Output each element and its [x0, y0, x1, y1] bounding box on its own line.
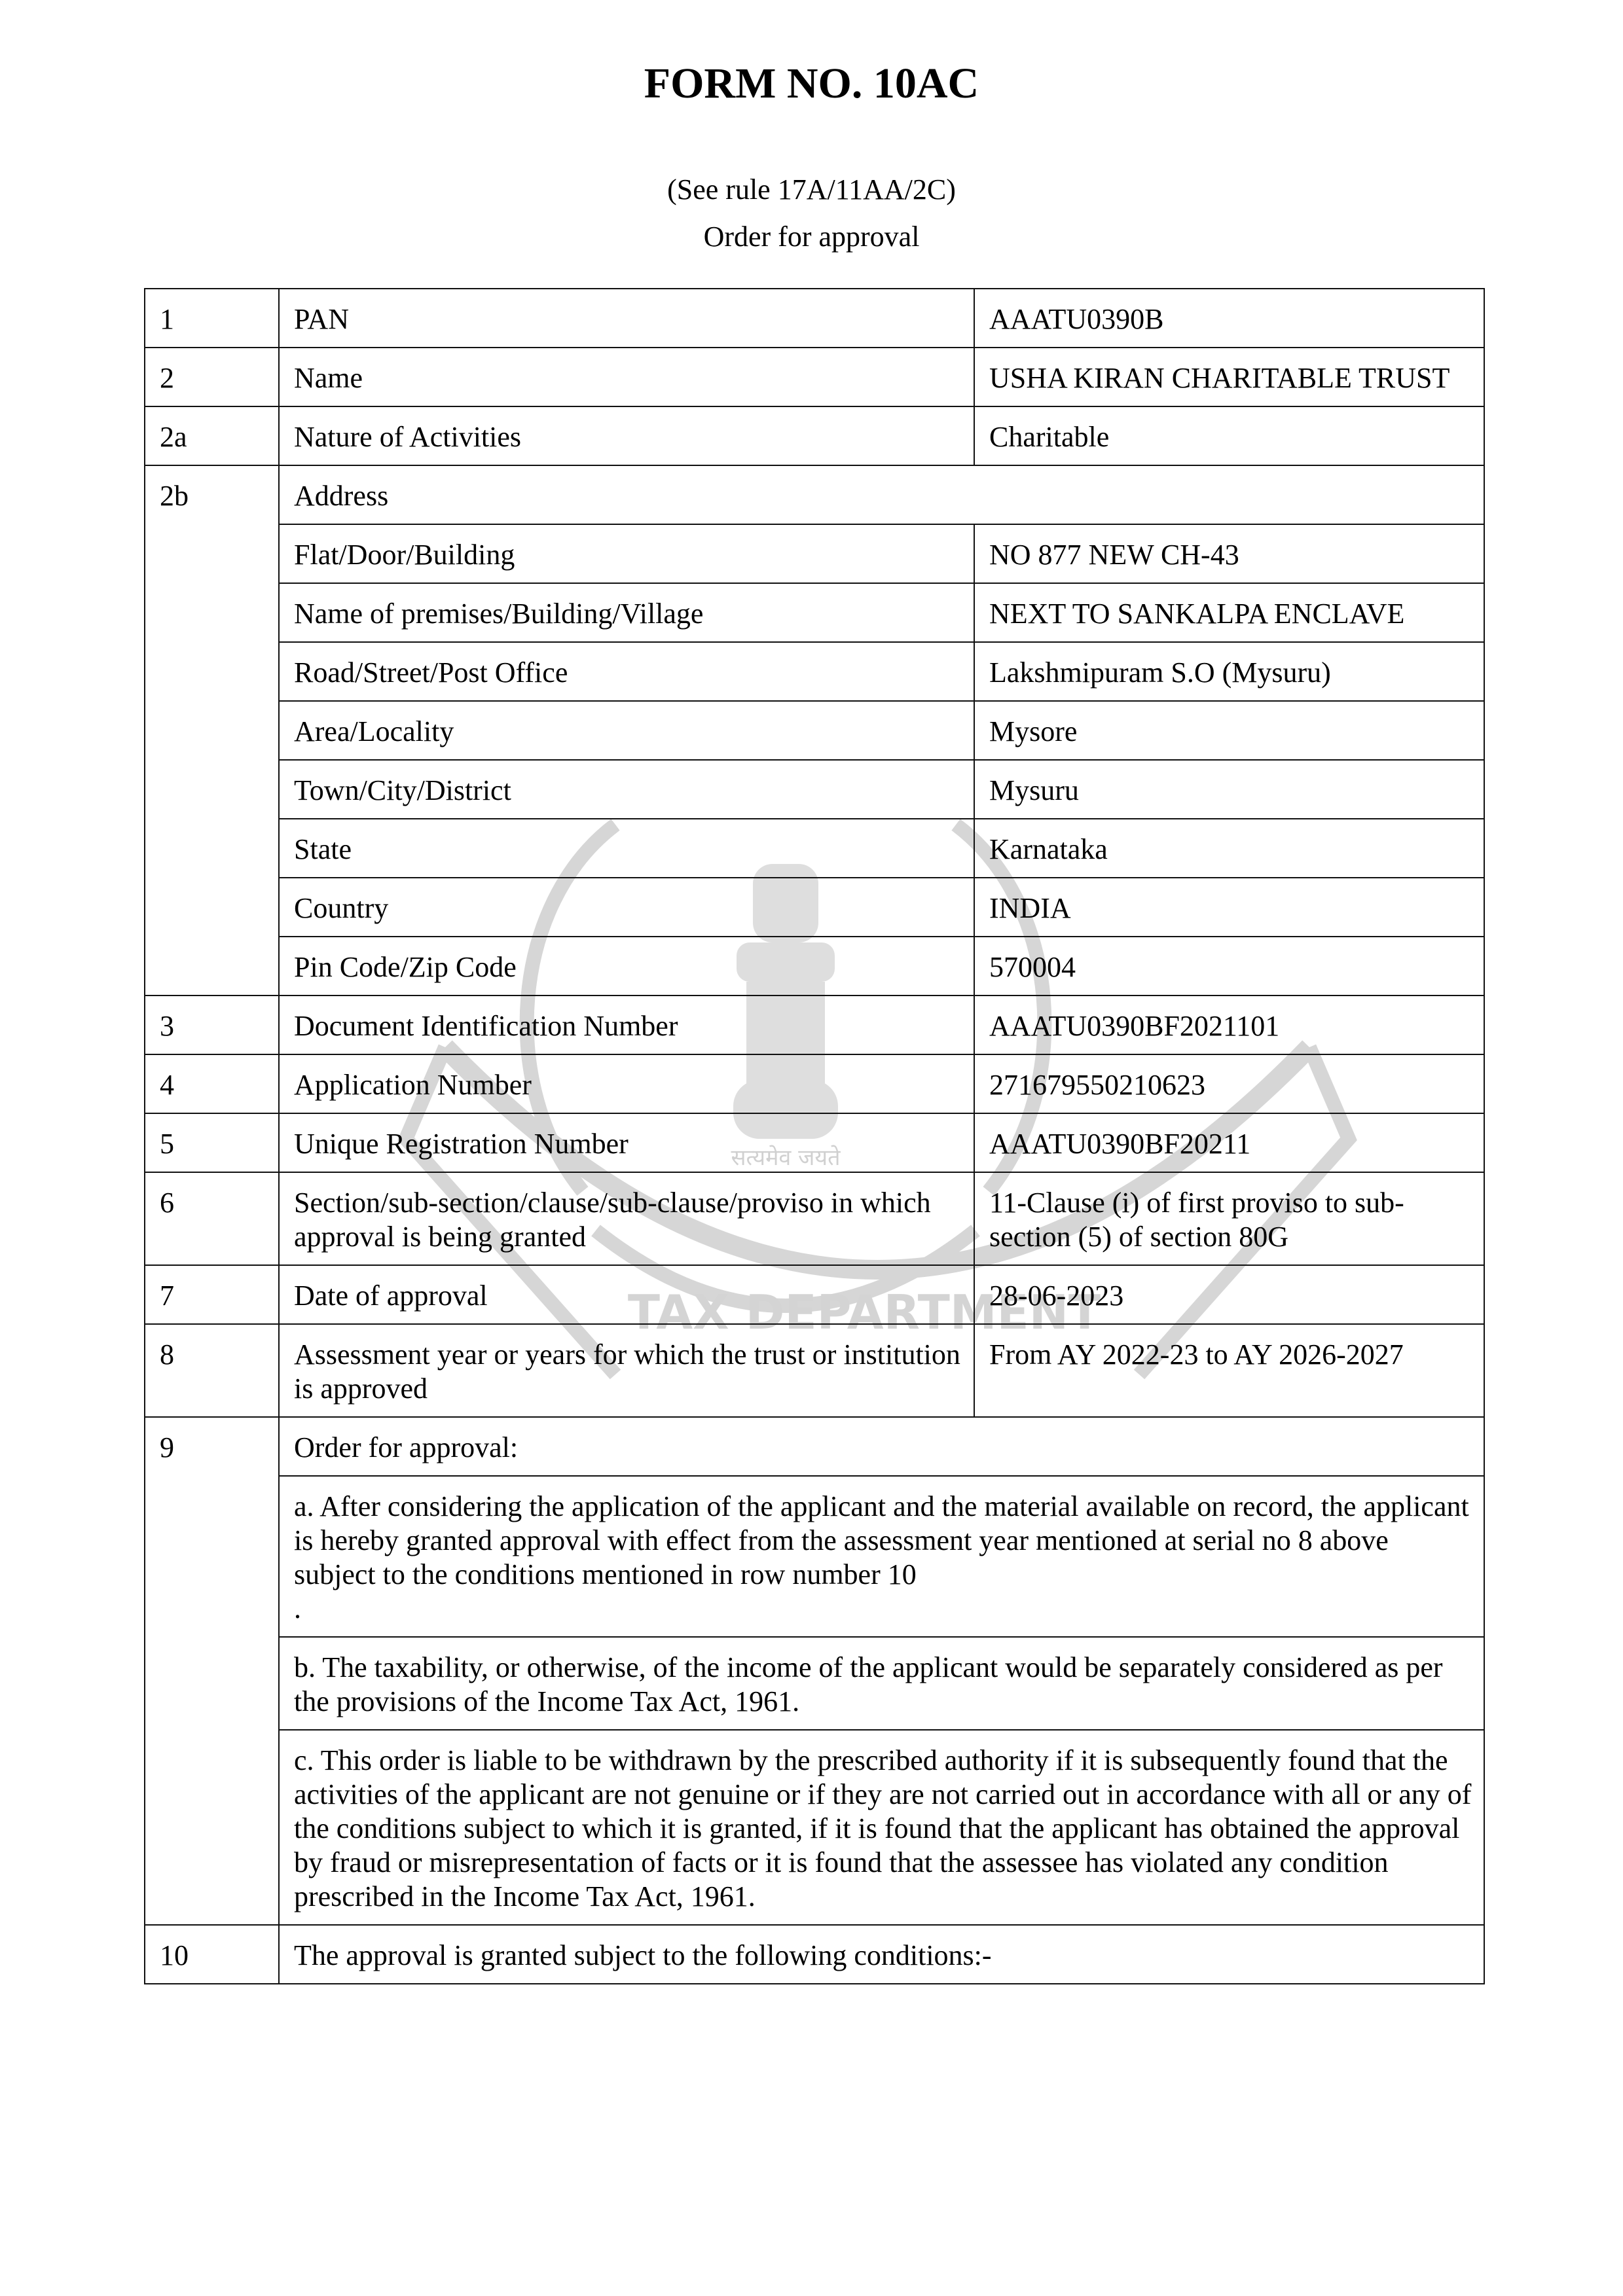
serial-number: 4: [145, 1054, 279, 1113]
table-row-date-of-approval: 7 Date of approval 28-06-2023: [145, 1265, 1484, 1324]
order-paragraph-a: a. After considering the application of …: [279, 1476, 1484, 1637]
field-label: PAN: [279, 289, 974, 348]
serial-number: 8: [145, 1324, 279, 1417]
table-row-order-for-approval: 9 Order for approval:: [145, 1417, 1484, 1476]
serial-number: 2b: [145, 465, 279, 996]
approval-order-table: 1 PAN AAATU0390B 2 Name USHA KIRAN CHARI…: [144, 288, 1485, 1984]
table-row-pan: 1 PAN AAATU0390B: [145, 289, 1484, 348]
address-field-value: INDIA: [974, 878, 1484, 937]
field-label: Name: [279, 348, 974, 406]
application-number-value: 271679550210623: [974, 1054, 1484, 1113]
table-row-name: 2 Name USHA KIRAN CHARITABLE TRUST: [145, 348, 1484, 406]
address-field-label: State: [279, 819, 974, 878]
serial-number: 2a: [145, 406, 279, 465]
form-title: FORM NO. 10AC: [0, 62, 1623, 105]
serial-number: 6: [145, 1172, 279, 1265]
serial-number: 7: [145, 1265, 279, 1324]
address-field-label: Town/City/District: [279, 760, 974, 819]
address-field-label: Name of premises/Building/Village: [279, 583, 974, 642]
order-paragraph-a-text: a. After considering the application of …: [294, 1490, 1469, 1590]
field-label: Application Number: [279, 1054, 974, 1113]
address-field-value: Lakshmipuram S.O (Mysuru): [974, 642, 1484, 701]
date-value: 28-06-2023: [974, 1265, 1484, 1324]
urn-value: AAATU0390BF20211: [974, 1113, 1484, 1172]
address-row-area: Area/Locality Mysore: [145, 701, 1484, 760]
order-paragraph-c: c. This order is liable to be withdrawn …: [279, 1730, 1484, 1925]
table-row-address: 2b Address: [145, 465, 1484, 524]
serial-number: 9: [145, 1417, 279, 1925]
address-field-label: Area/Locality: [279, 701, 974, 760]
field-label: The approval is granted subject to the f…: [279, 1925, 1484, 1984]
form-subtitle: Order for approval: [0, 223, 1623, 251]
field-label: Section/sub-section/clause/sub-clause/pr…: [279, 1172, 974, 1265]
table-row-application-number: 4 Application Number 271679550210623: [145, 1054, 1484, 1113]
address-field-value: NEXT TO SANKALPA ENCLAVE: [974, 583, 1484, 642]
table-row-assessment-years: 8 Assessment year or years for which the…: [145, 1324, 1484, 1417]
address-row-premises: Name of premises/Building/Village NEXT T…: [145, 583, 1484, 642]
field-label: Address: [279, 465, 1484, 524]
address-row-state: State Karnataka: [145, 819, 1484, 878]
address-field-label: Pin Code/Zip Code: [279, 937, 974, 996]
address-row-pincode: Pin Code/Zip Code 570004: [145, 937, 1484, 996]
address-row-road: Road/Street/Post Office Lakshmipuram S.O…: [145, 642, 1484, 701]
address-field-label: Flat/Door/Building: [279, 524, 974, 583]
table-row-section: 6 Section/sub-section/clause/sub-clause/…: [145, 1172, 1484, 1265]
address-field-label: Country: [279, 878, 974, 937]
address-row-country: Country INDIA: [145, 878, 1484, 937]
order-paragraph-a-row: a. After considering the application of …: [145, 1476, 1484, 1637]
address-row-town: Town/City/District Mysuru: [145, 760, 1484, 819]
table-row-unique-registration-number: 5 Unique Registration Number AAATU0390BF…: [145, 1113, 1484, 1172]
table-row-conditions: 10 The approval is granted subject to th…: [145, 1925, 1484, 1984]
table-row-document-identification-number: 3 Document Identification Number AAATU03…: [145, 996, 1484, 1054]
field-label: Assessment year or years for which the t…: [279, 1324, 974, 1417]
din-value: AAATU0390BF2021101: [974, 996, 1484, 1054]
section-value: 11-Clause (i) of first proviso to sub-se…: [974, 1172, 1484, 1265]
serial-number: 10: [145, 1925, 279, 1984]
order-paragraph-c-row: c. This order is liable to be withdrawn …: [145, 1730, 1484, 1925]
serial-number: 2: [145, 348, 279, 406]
field-label: Date of approval: [279, 1265, 974, 1324]
field-label: Nature of Activities: [279, 406, 974, 465]
order-paragraph-b-row: b. The taxability, or otherwise, of the …: [145, 1637, 1484, 1730]
serial-number: 1: [145, 289, 279, 348]
address-field-value: Mysuru: [974, 760, 1484, 819]
order-paragraph-a-trailing: .: [294, 1592, 1472, 1626]
field-label: Unique Registration Number: [279, 1113, 974, 1172]
field-label: Order for approval:: [279, 1417, 1484, 1476]
address-field-value: NO 877 NEW CH-43: [974, 524, 1484, 583]
form-rule-reference: (See rule 17A/11AA/2C): [0, 175, 1623, 204]
table-row-nature-of-activities: 2a Nature of Activities Charitable: [145, 406, 1484, 465]
field-label: Document Identification Number: [279, 996, 974, 1054]
order-paragraph-b: b. The taxability, or otherwise, of the …: [279, 1637, 1484, 1730]
address-field-value: 570004: [974, 937, 1484, 996]
address-field-value: Mysore: [974, 701, 1484, 760]
pan-value: AAATU0390B: [974, 289, 1484, 348]
assessment-years-value: From AY 2022-23 to AY 2026-2027: [974, 1324, 1484, 1417]
address-field-label: Road/Street/Post Office: [279, 642, 974, 701]
address-row-flat: Flat/Door/Building NO 877 NEW CH-43: [145, 524, 1484, 583]
name-value: USHA KIRAN CHARITABLE TRUST: [974, 348, 1484, 406]
serial-number: 5: [145, 1113, 279, 1172]
address-field-value: Karnataka: [974, 819, 1484, 878]
serial-number: 3: [145, 996, 279, 1054]
nature-value: Charitable: [974, 406, 1484, 465]
